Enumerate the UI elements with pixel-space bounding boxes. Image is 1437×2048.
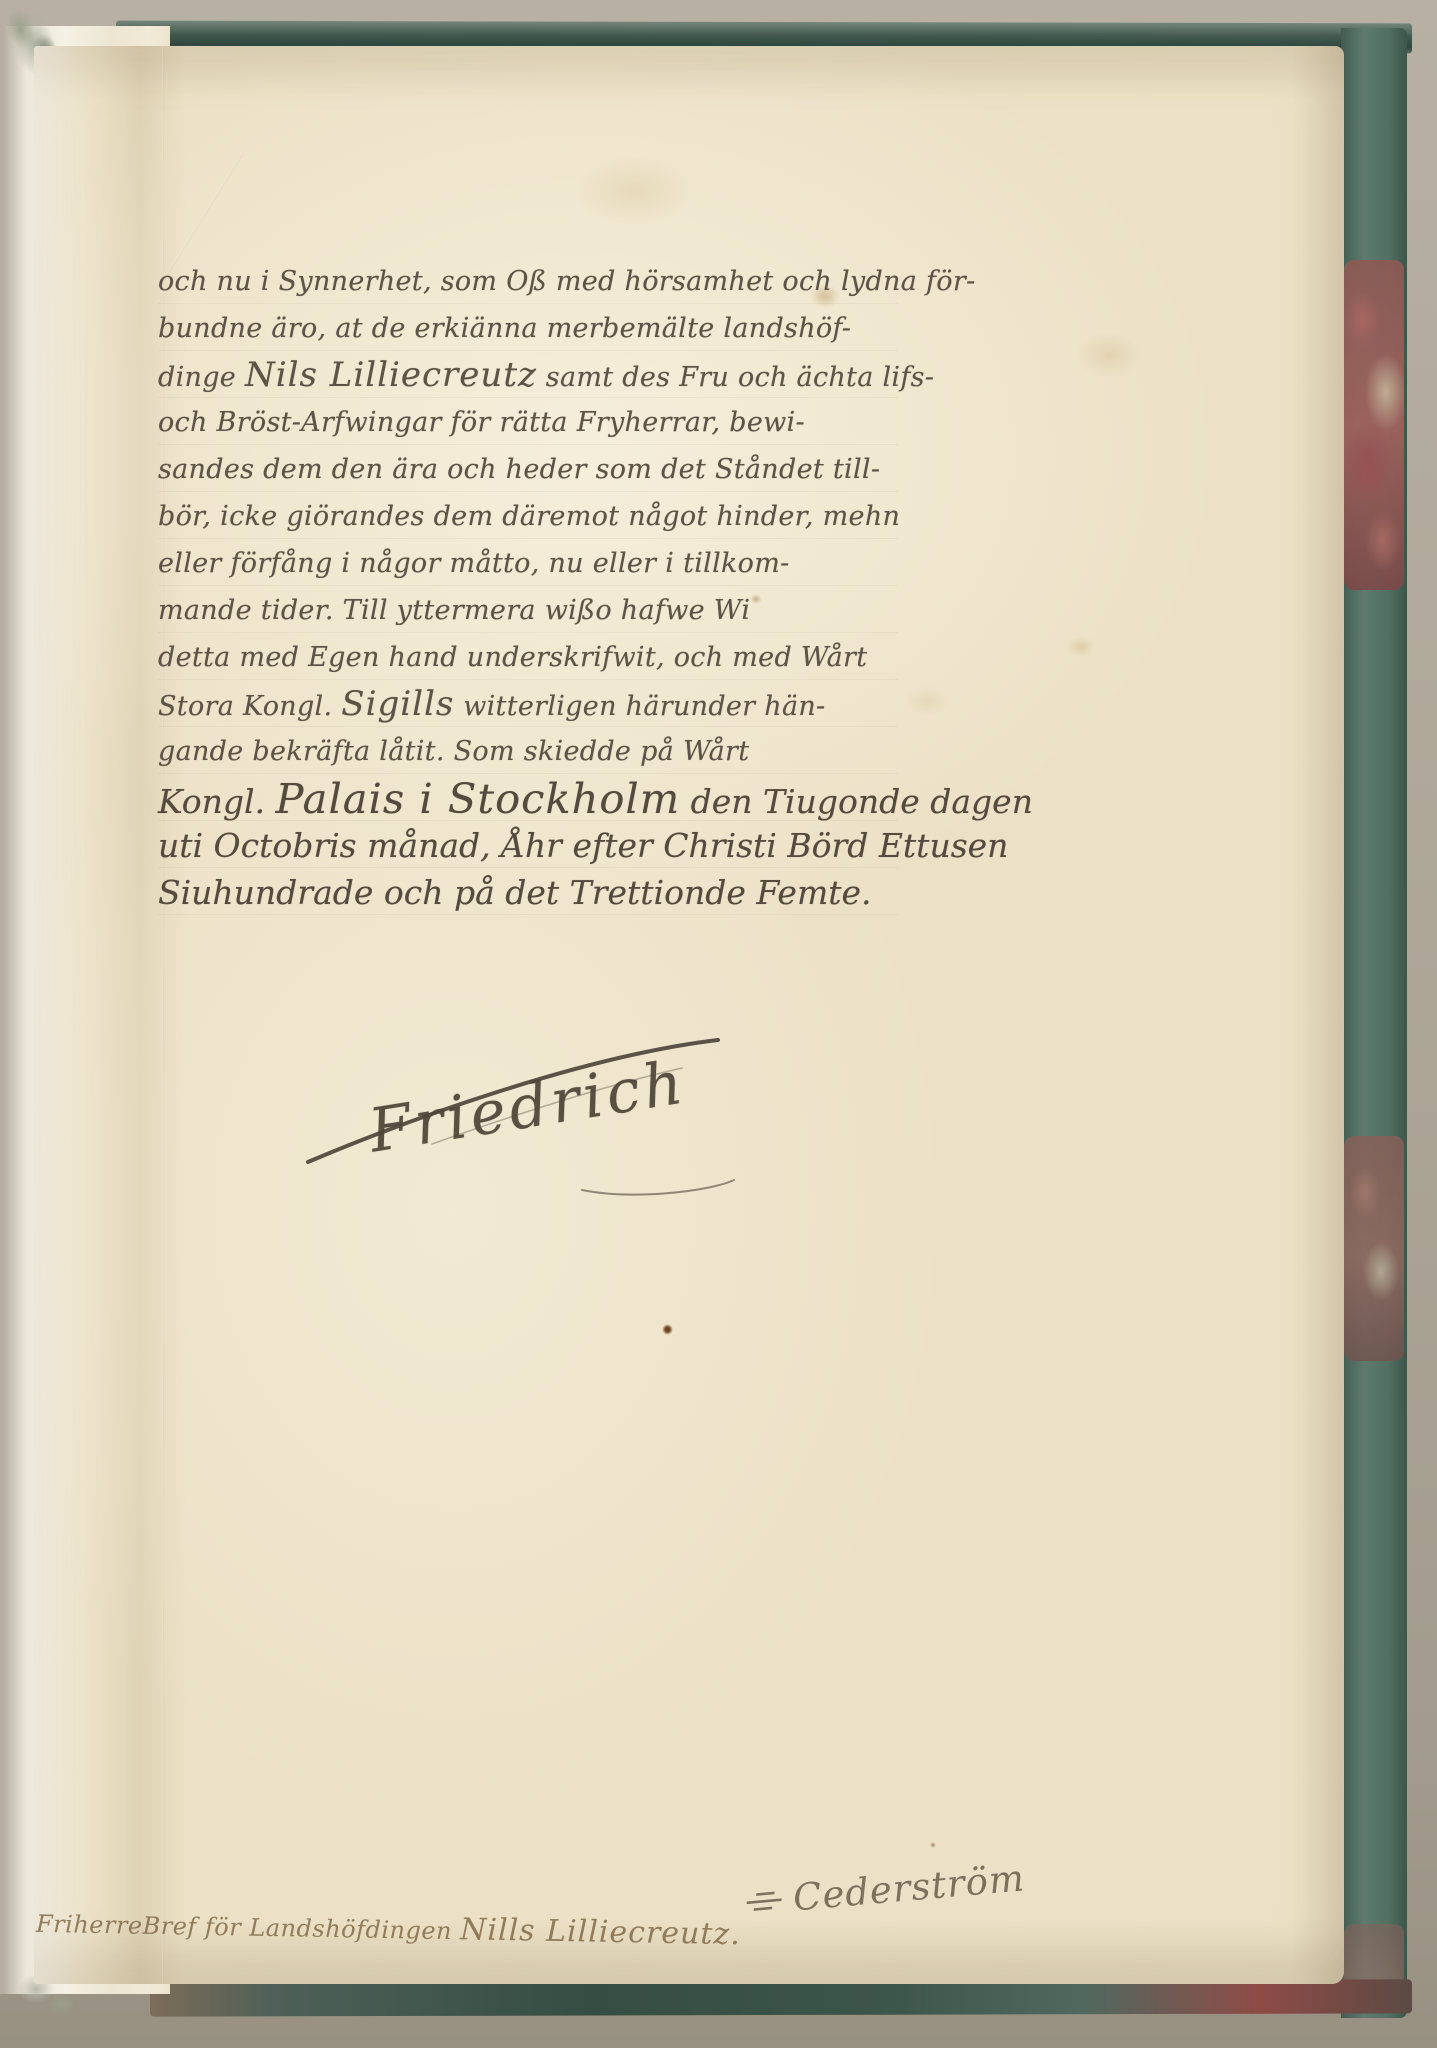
countersignature: ⌯ Cederström bbox=[740, 1844, 1064, 1928]
text-segment: bör, icke giörandes dem däremot något hi… bbox=[158, 501, 900, 532]
manuscript-line: dinge Nils Lilliecreutz samt des Fru och… bbox=[158, 352, 898, 399]
royal-signature: Friedrich bbox=[282, 994, 762, 1224]
text-segment: sandes dem den ära och heder som det Stå… bbox=[158, 454, 880, 485]
manuscript-line: Kongl. Palais i Stockholm den Tiugonde d… bbox=[158, 775, 898, 822]
text-segment: Siuhundrade och på det Trettionde Femte. bbox=[158, 873, 872, 912]
manuscript-line: Stora Kongl. Sigills witterligen härunde… bbox=[158, 681, 898, 728]
marbled-paper-patch bbox=[1344, 260, 1404, 590]
book-scan: och nu i Synnerhet, som Oß med hörsamhet… bbox=[0, 0, 1437, 2048]
text-segment: Nills Lilliecreutz. bbox=[460, 1912, 741, 1952]
text-segment: uti Octobris månad, Åhr efter Christi Bö… bbox=[158, 826, 1008, 865]
text-segment: Nils Lilliecreutz bbox=[245, 355, 537, 395]
text-segment: detta med Egen hand underskrifwit, och m… bbox=[158, 642, 867, 673]
ink-spot bbox=[662, 1324, 673, 1335]
manuscript-line: detta med Egen hand underskrifwit, och m… bbox=[158, 634, 898, 681]
text-segment: samt des Fru och ächta lifs- bbox=[537, 362, 934, 393]
manuscript-line: mande tider. Till yttermera wißo hafwe W… bbox=[158, 587, 898, 634]
manuscript-line: bör, icke giörandes dem däremot något hi… bbox=[158, 493, 898, 540]
text-segment: mande tider. Till yttermera wißo hafwe W… bbox=[158, 595, 750, 626]
text-segment: gande bekräfta låtit. Som skiedde på Wår… bbox=[158, 736, 749, 767]
text-segment: Stora Kongl. bbox=[158, 691, 341, 722]
text-segment: den Tiugonde dagen bbox=[680, 782, 1033, 821]
text-segment: Kongl. bbox=[158, 782, 276, 821]
text-segment: FriherreBref för Landshöfdingen bbox=[36, 1910, 461, 1945]
foxing-stain bbox=[904, 686, 950, 716]
cover-right-edge bbox=[1341, 28, 1407, 2018]
manuscript-line: och Bröst-Arfwingar för rätta Fryherrar,… bbox=[158, 399, 898, 446]
manuscript-line: eller förfång i någor måtto, nu eller i … bbox=[158, 540, 898, 587]
text-segment: och nu i Synnerhet, som Oß med hörsamhet… bbox=[158, 266, 976, 297]
parchment-page: och nu i Synnerhet, som Oß med hörsamhet… bbox=[34, 46, 1344, 1984]
foxing-stain bbox=[1066, 636, 1096, 658]
manuscript-line: och nu i Synnerhet, som Oß med hörsamhet… bbox=[158, 258, 898, 305]
manuscript-line: sandes dem den ära och heder som det Stå… bbox=[158, 446, 898, 493]
manuscript-text: och nu i Synnerhet, som Oß med hörsamhet… bbox=[158, 258, 898, 916]
ink-spot bbox=[930, 1842, 936, 1848]
text-segment: witterligen härunder hän- bbox=[454, 691, 825, 722]
manuscript-line: gande bekräfta låtit. Som skiedde på Wår… bbox=[158, 728, 898, 775]
manuscript-line: bundne äro, at de erkiänna merbemälte la… bbox=[158, 305, 898, 352]
text-segment: bundne äro, at de erkiänna merbemälte la… bbox=[158, 313, 851, 344]
marbled-paper-patch bbox=[1344, 1136, 1404, 1361]
foxing-stain bbox=[574, 156, 694, 226]
manuscript-line: uti Octobris månad, Åhr efter Christi Bö… bbox=[158, 822, 898, 869]
countersignature-text: Cederström bbox=[791, 1856, 1026, 1919]
text-segment: och Bröst-Arfwingar för rätta Fryherrar,… bbox=[158, 407, 805, 438]
text-segment: Palais i Stockholm bbox=[276, 774, 681, 823]
foxing-stain bbox=[1076, 332, 1142, 378]
cover-bottom-edge bbox=[150, 1979, 1412, 2016]
text-segment: dinge bbox=[158, 362, 245, 393]
text-segment: Sigills bbox=[341, 684, 454, 724]
text-segment: eller förfång i någor måtto, nu eller i … bbox=[158, 548, 790, 579]
manuscript-line: Siuhundrade och på det Trettionde Femte. bbox=[158, 869, 898, 916]
